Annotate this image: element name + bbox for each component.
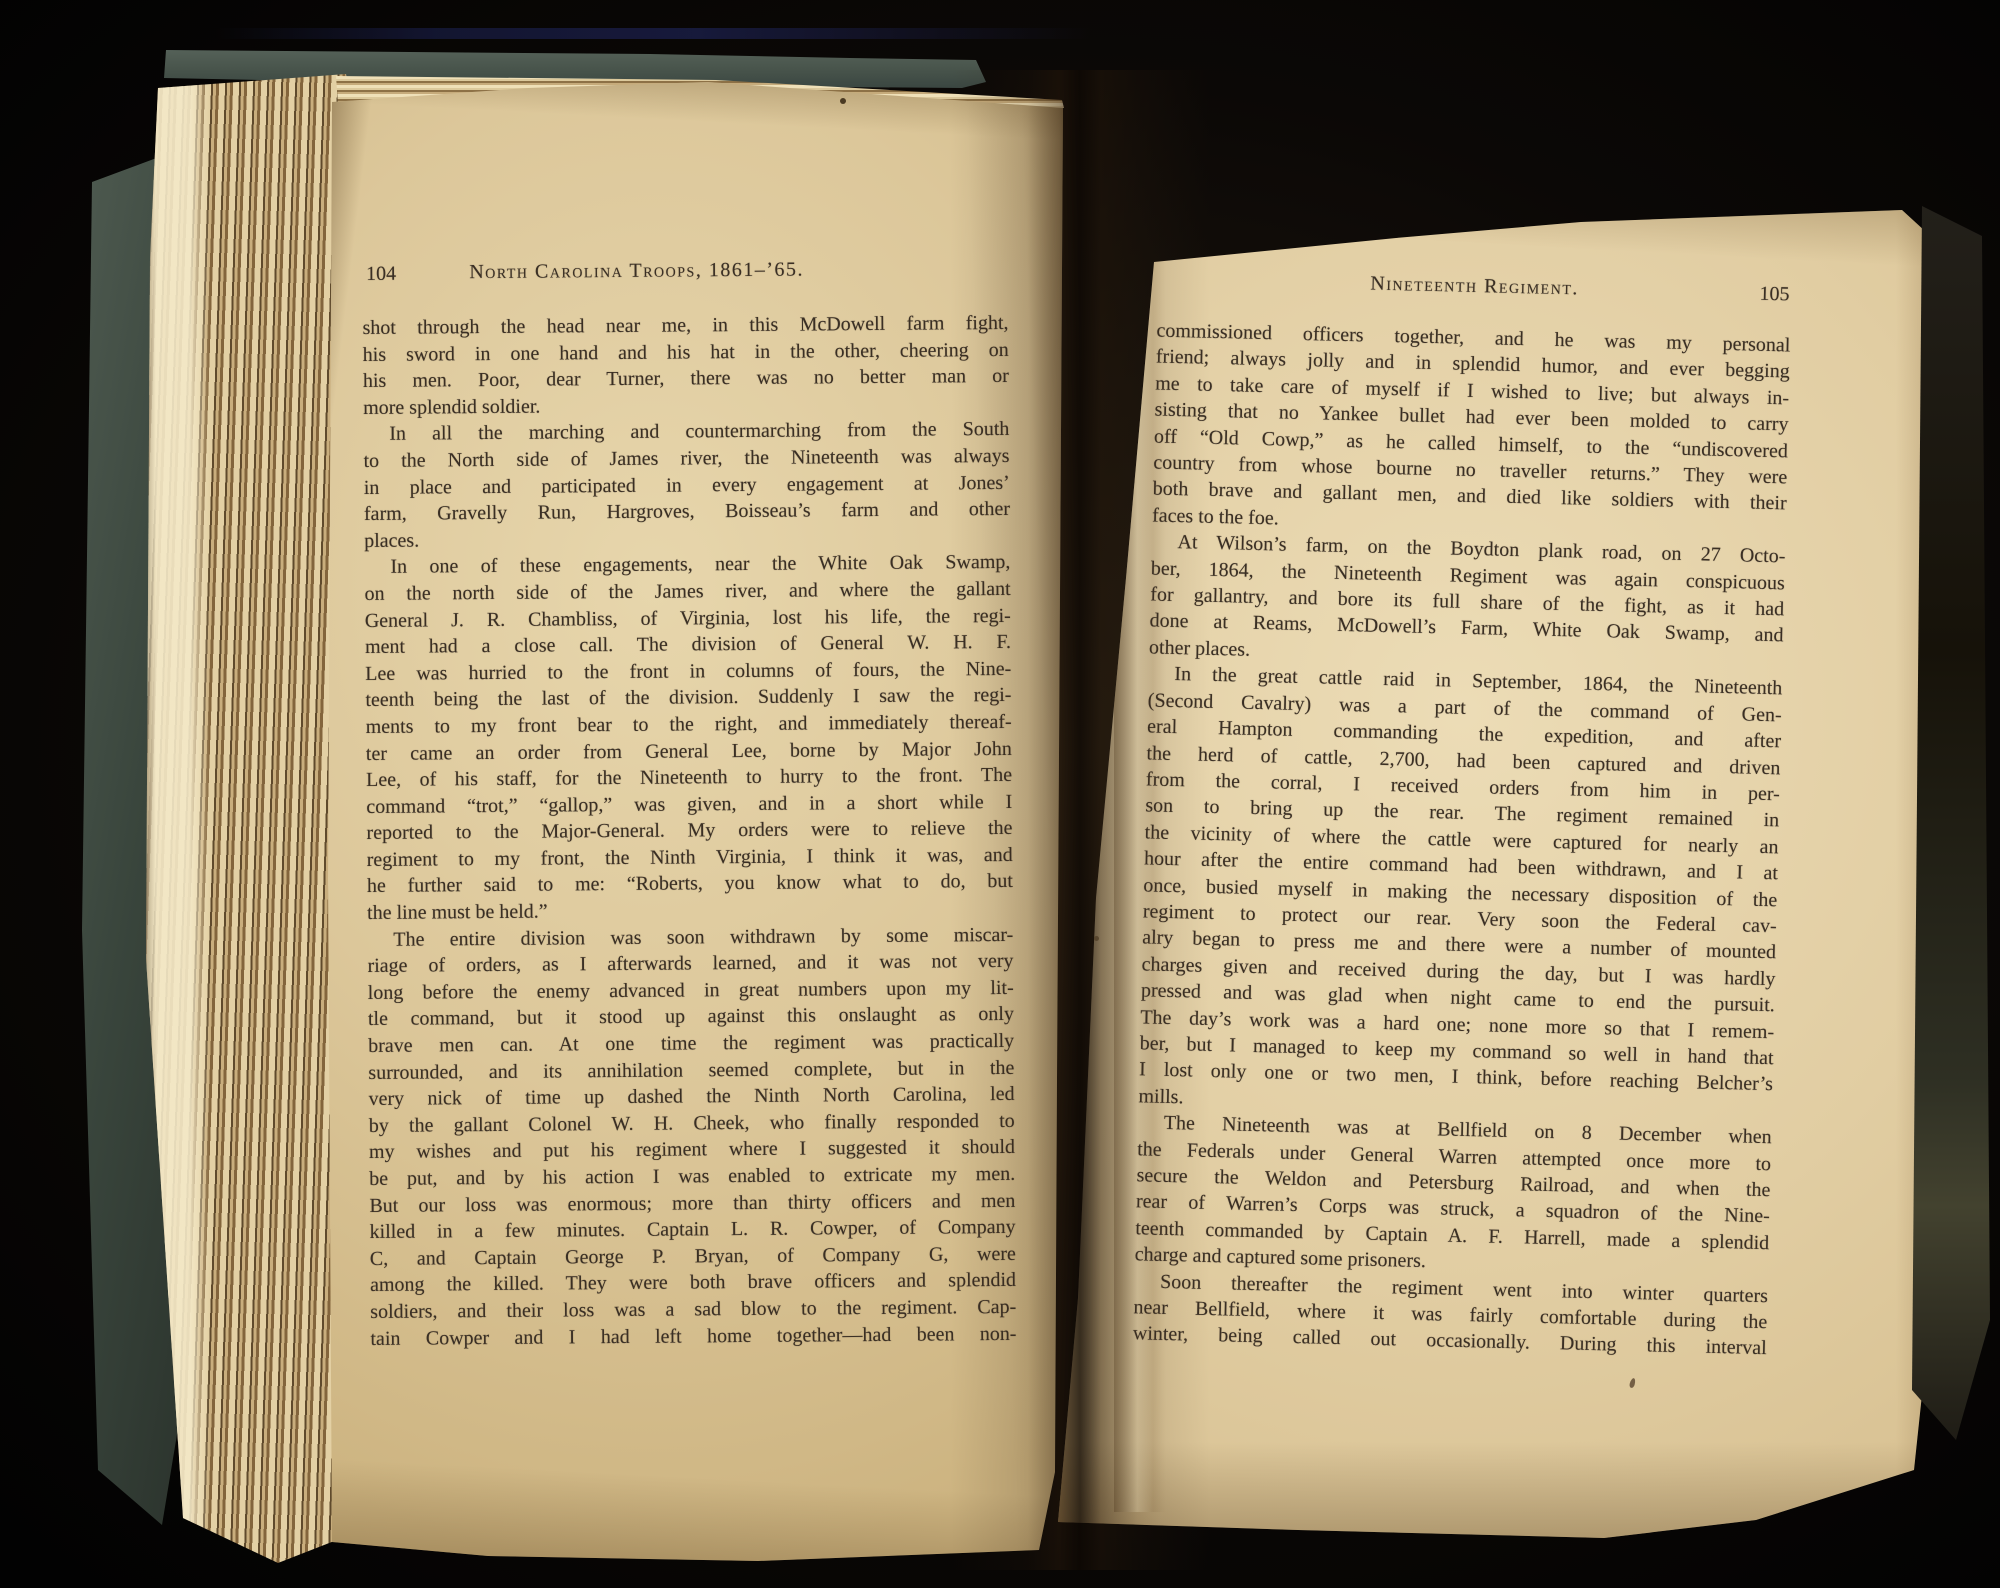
paper-speck (840, 98, 846, 104)
paper-speck (1094, 936, 1099, 941)
text-line: farm, Gravelly Run, Hargroves, Boisseau’… (364, 496, 1010, 528)
left-running-head: 104 North Carolina Troops, 1861–’65. (362, 257, 1008, 294)
text-line: his men. Poor, dear Turner, there was no… (363, 363, 1009, 395)
text-line: he further said to me: “Roberts, you kno… (367, 868, 1013, 900)
left-page: 104 North Carolina Troops, 1861–’65. sho… (328, 80, 1068, 1565)
right-running-head: Nineteenth Regiment. 105 (1157, 268, 1792, 315)
book-photo: 104 North Carolina Troops, 1861–’65. sho… (0, 0, 2000, 1588)
left-page-text: 104 North Carolina Troops, 1861–’65. sho… (362, 257, 1017, 1352)
running-header: North Carolina Troops, 1861–’65. (362, 258, 911, 285)
page-number: 105 (1759, 283, 1790, 307)
right-page-text: Nineteenth Regiment. 105 commissioned of… (1133, 268, 1792, 1362)
right-page: Nineteenth Regiment. 105 commissioned of… (1056, 198, 1940, 1550)
book-cover-right-edge (1912, 200, 2000, 1490)
photo-artifact-streak (215, 28, 1095, 39)
text-line: tain Cowper and I had left home together… (370, 1320, 1016, 1352)
running-header: Nineteenth Regiment. (1157, 268, 1791, 306)
page-body: shot through the head near me, in this M… (362, 310, 1016, 1352)
page-body: commissioned officers together, and he w… (1133, 318, 1791, 1362)
